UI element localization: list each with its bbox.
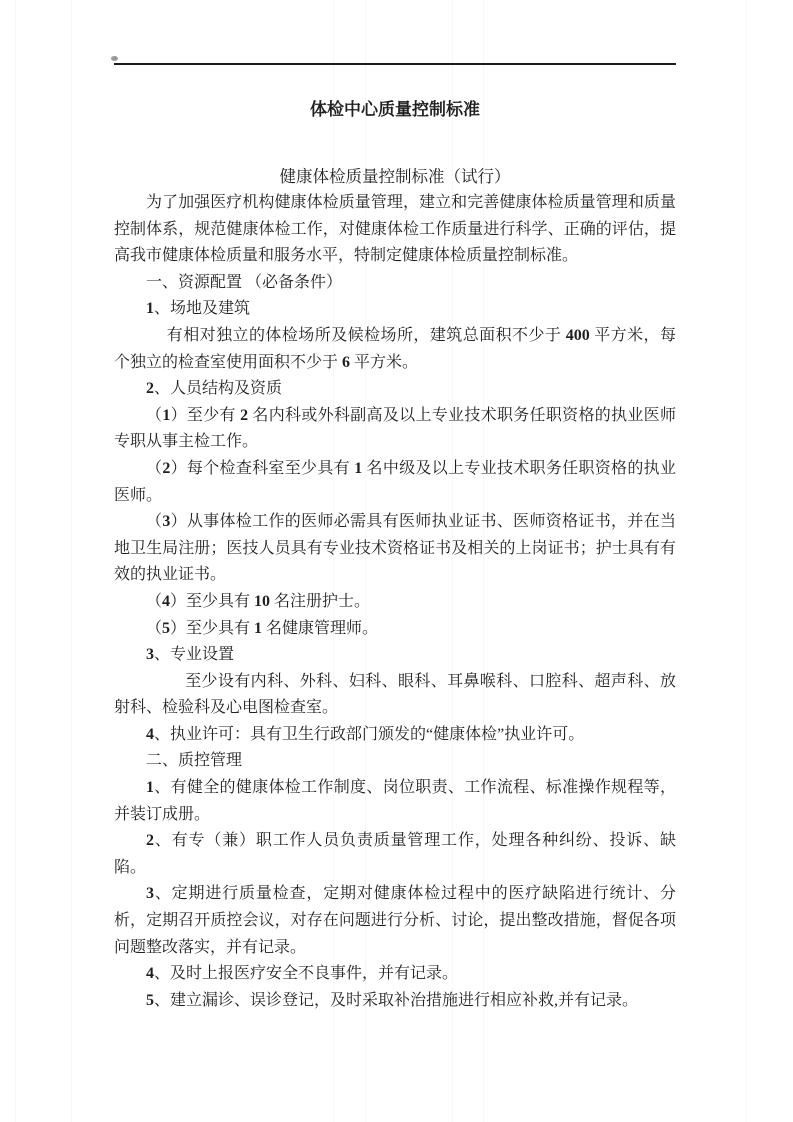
- document-page: 体检中心质量控制标准 健康体检质量控制标准（试行） 为了加强医疗机构健康体检质量…: [0, 0, 793, 1122]
- paragraph: 至少设有内科、外科、妇科、眼科、耳鼻喉科、口腔科、超声科、放射科、检验科及心电图…: [114, 669, 676, 722]
- bold-number: 10: [254, 593, 270, 610]
- bold-number: 3: [146, 885, 154, 902]
- paragraph: （1）至少有 2 名内科或外科副高及以上专业技术职务任职资格的执业医师专职从事主…: [114, 403, 676, 456]
- bold-number: 400: [566, 327, 590, 344]
- bold-number: 5: [146, 992, 154, 1009]
- bold-number: 1: [146, 300, 154, 317]
- text-segment: （: [146, 513, 162, 530]
- paragraph: 3、专业设置: [114, 642, 676, 669]
- paragraph: 有相对独立的体检场所及候检场所，建筑总面积不少于 400 平方米，每个独立的检查…: [114, 323, 676, 376]
- text-segment: ）从事体检工作的医师必需具有医师执业证书、医师资格证书，并在当地卫生局注册；医技…: [114, 513, 676, 583]
- bold-number: 2: [240, 407, 248, 424]
- bold-number: 4: [162, 593, 170, 610]
- text-segment: 、场地及建筑: [154, 300, 250, 317]
- text-segment: 一、资源配置 （必备条件）: [146, 274, 342, 291]
- paragraph: 1、场地及建筑: [114, 296, 676, 323]
- text-segment: 至少设有内科、外科、妇科、眼科、耳鼻喉科、口腔科、超声科、放射科、检验科及心电图…: [114, 673, 676, 717]
- document-subtitle: 健康体检质量控制标准（试行）: [114, 163, 676, 190]
- text-segment: 为了加强医疗机构健康体检质量管理，建立和完善健康体检质量管理和质量控制体系，规范…: [114, 194, 676, 264]
- text-segment: 、及时上报医疗安全不良事件，并有记录。: [154, 965, 458, 982]
- bold-number: 3: [146, 646, 154, 663]
- text-segment: （: [146, 460, 162, 477]
- bold-number: 1: [146, 779, 154, 796]
- text-segment: 二、质控管理: [146, 752, 242, 769]
- paragraph: 为了加强医疗机构健康体检质量管理，建立和完善健康体检质量管理和质量控制体系，规范…: [114, 190, 676, 270]
- document-content: 体检中心质量控制标准 健康体检质量控制标准（试行） 为了加强医疗机构健康体检质量…: [114, 0, 676, 1014]
- text-segment: ）至少有: [170, 407, 240, 424]
- paragraph: （3）从事体检工作的医师必需具有医师执业证书、医师资格证书，并在当地卫生局注册；…: [114, 509, 676, 589]
- text-segment: 名注册护士。: [270, 593, 370, 610]
- paragraph: （4）至少具有 10 名注册护士。: [114, 589, 676, 616]
- bold-number: 6: [342, 354, 350, 371]
- text-segment: 平方米。: [350, 354, 418, 371]
- document-title: 体检中心质量控制标准: [114, 96, 676, 123]
- text-segment: 、执业许可：具有卫生行政部门颁发的“健康体检”执业许可。: [154, 726, 584, 743]
- paragraph: 4、执业许可：具有卫生行政部门颁发的“健康体检”执业许可。: [114, 722, 676, 749]
- paragraph: （2）每个检查科室至少具有 1 名中级及以上专业技术职务任职资格的执业医师。: [114, 456, 676, 509]
- text-segment: ）至少具有: [170, 593, 254, 610]
- text-segment: 、有健全的健康体检工作制度、岗位职责、工作流程、标准操作规程等，并装订成册。: [114, 779, 676, 823]
- text-segment: 、建立漏诊、误诊登记，及时采取补治措施进行相应补救,并有记录。: [154, 992, 638, 1009]
- scan-streak: [71, 0, 72, 1122]
- paragraph: 2、有专（兼）职工作人员负责质量管理工作，处理各种纠纷、投诉、缺陷。: [114, 828, 676, 881]
- paragraph: 1、有健全的健康体检工作制度、岗位职责、工作流程、标准操作规程等，并装订成册。: [114, 775, 676, 828]
- bold-number: 1: [254, 620, 262, 637]
- paragraph: 4、及时上报医疗安全不良事件，并有记录。: [114, 961, 676, 988]
- paragraph: （5）至少具有 1 名健康管理师。: [114, 616, 676, 643]
- bold-number: 4: [146, 965, 154, 982]
- paragraph: 一、资源配置 （必备条件）: [114, 270, 676, 297]
- text-segment: 名健康管理师。: [262, 620, 378, 637]
- text-segment: 、有专（兼）职工作人员负责质量管理工作，处理各种纠纷、投诉、缺陷。: [114, 832, 676, 876]
- paragraph: 3、定期进行质量检查，定期对健康体检过程中的医疗缺陷进行统计、分析，定期召开质控…: [114, 881, 676, 961]
- text-segment: 、定期进行质量检查，定期对健康体检过程中的医疗缺陷进行统计、分析，定期召开质控会…: [114, 885, 676, 955]
- bold-number: 2: [146, 380, 154, 397]
- paragraph: 2、人员结构及资质: [114, 376, 676, 403]
- paragraph: 二、质控管理: [114, 748, 676, 775]
- bold-number: 2: [146, 832, 154, 849]
- text-segment: （: [146, 620, 162, 637]
- bold-number: 4: [146, 726, 154, 743]
- text-segment: 有相对独立的体检场所及候检场所，建筑总面积不少于: [167, 327, 566, 344]
- scan-streak: [746, 0, 747, 1122]
- text-segment: 、人员结构及资质: [154, 380, 282, 397]
- scan-streak: [15, 0, 16, 1122]
- paragraph: 5、建立漏诊、误诊登记，及时采取补治措施进行相应补救,并有记录。: [114, 988, 676, 1015]
- text-segment: （: [146, 593, 162, 610]
- text-segment: ）每个检查科室至少具有: [170, 460, 354, 477]
- document-body: 为了加强医疗机构健康体检质量管理，建立和完善健康体检质量管理和质量控制体系，规范…: [114, 190, 676, 1014]
- text-segment: 、专业设置: [154, 646, 234, 663]
- bold-number: 5: [162, 620, 170, 637]
- text-segment: （: [146, 407, 162, 424]
- text-segment: ）至少具有: [170, 620, 254, 637]
